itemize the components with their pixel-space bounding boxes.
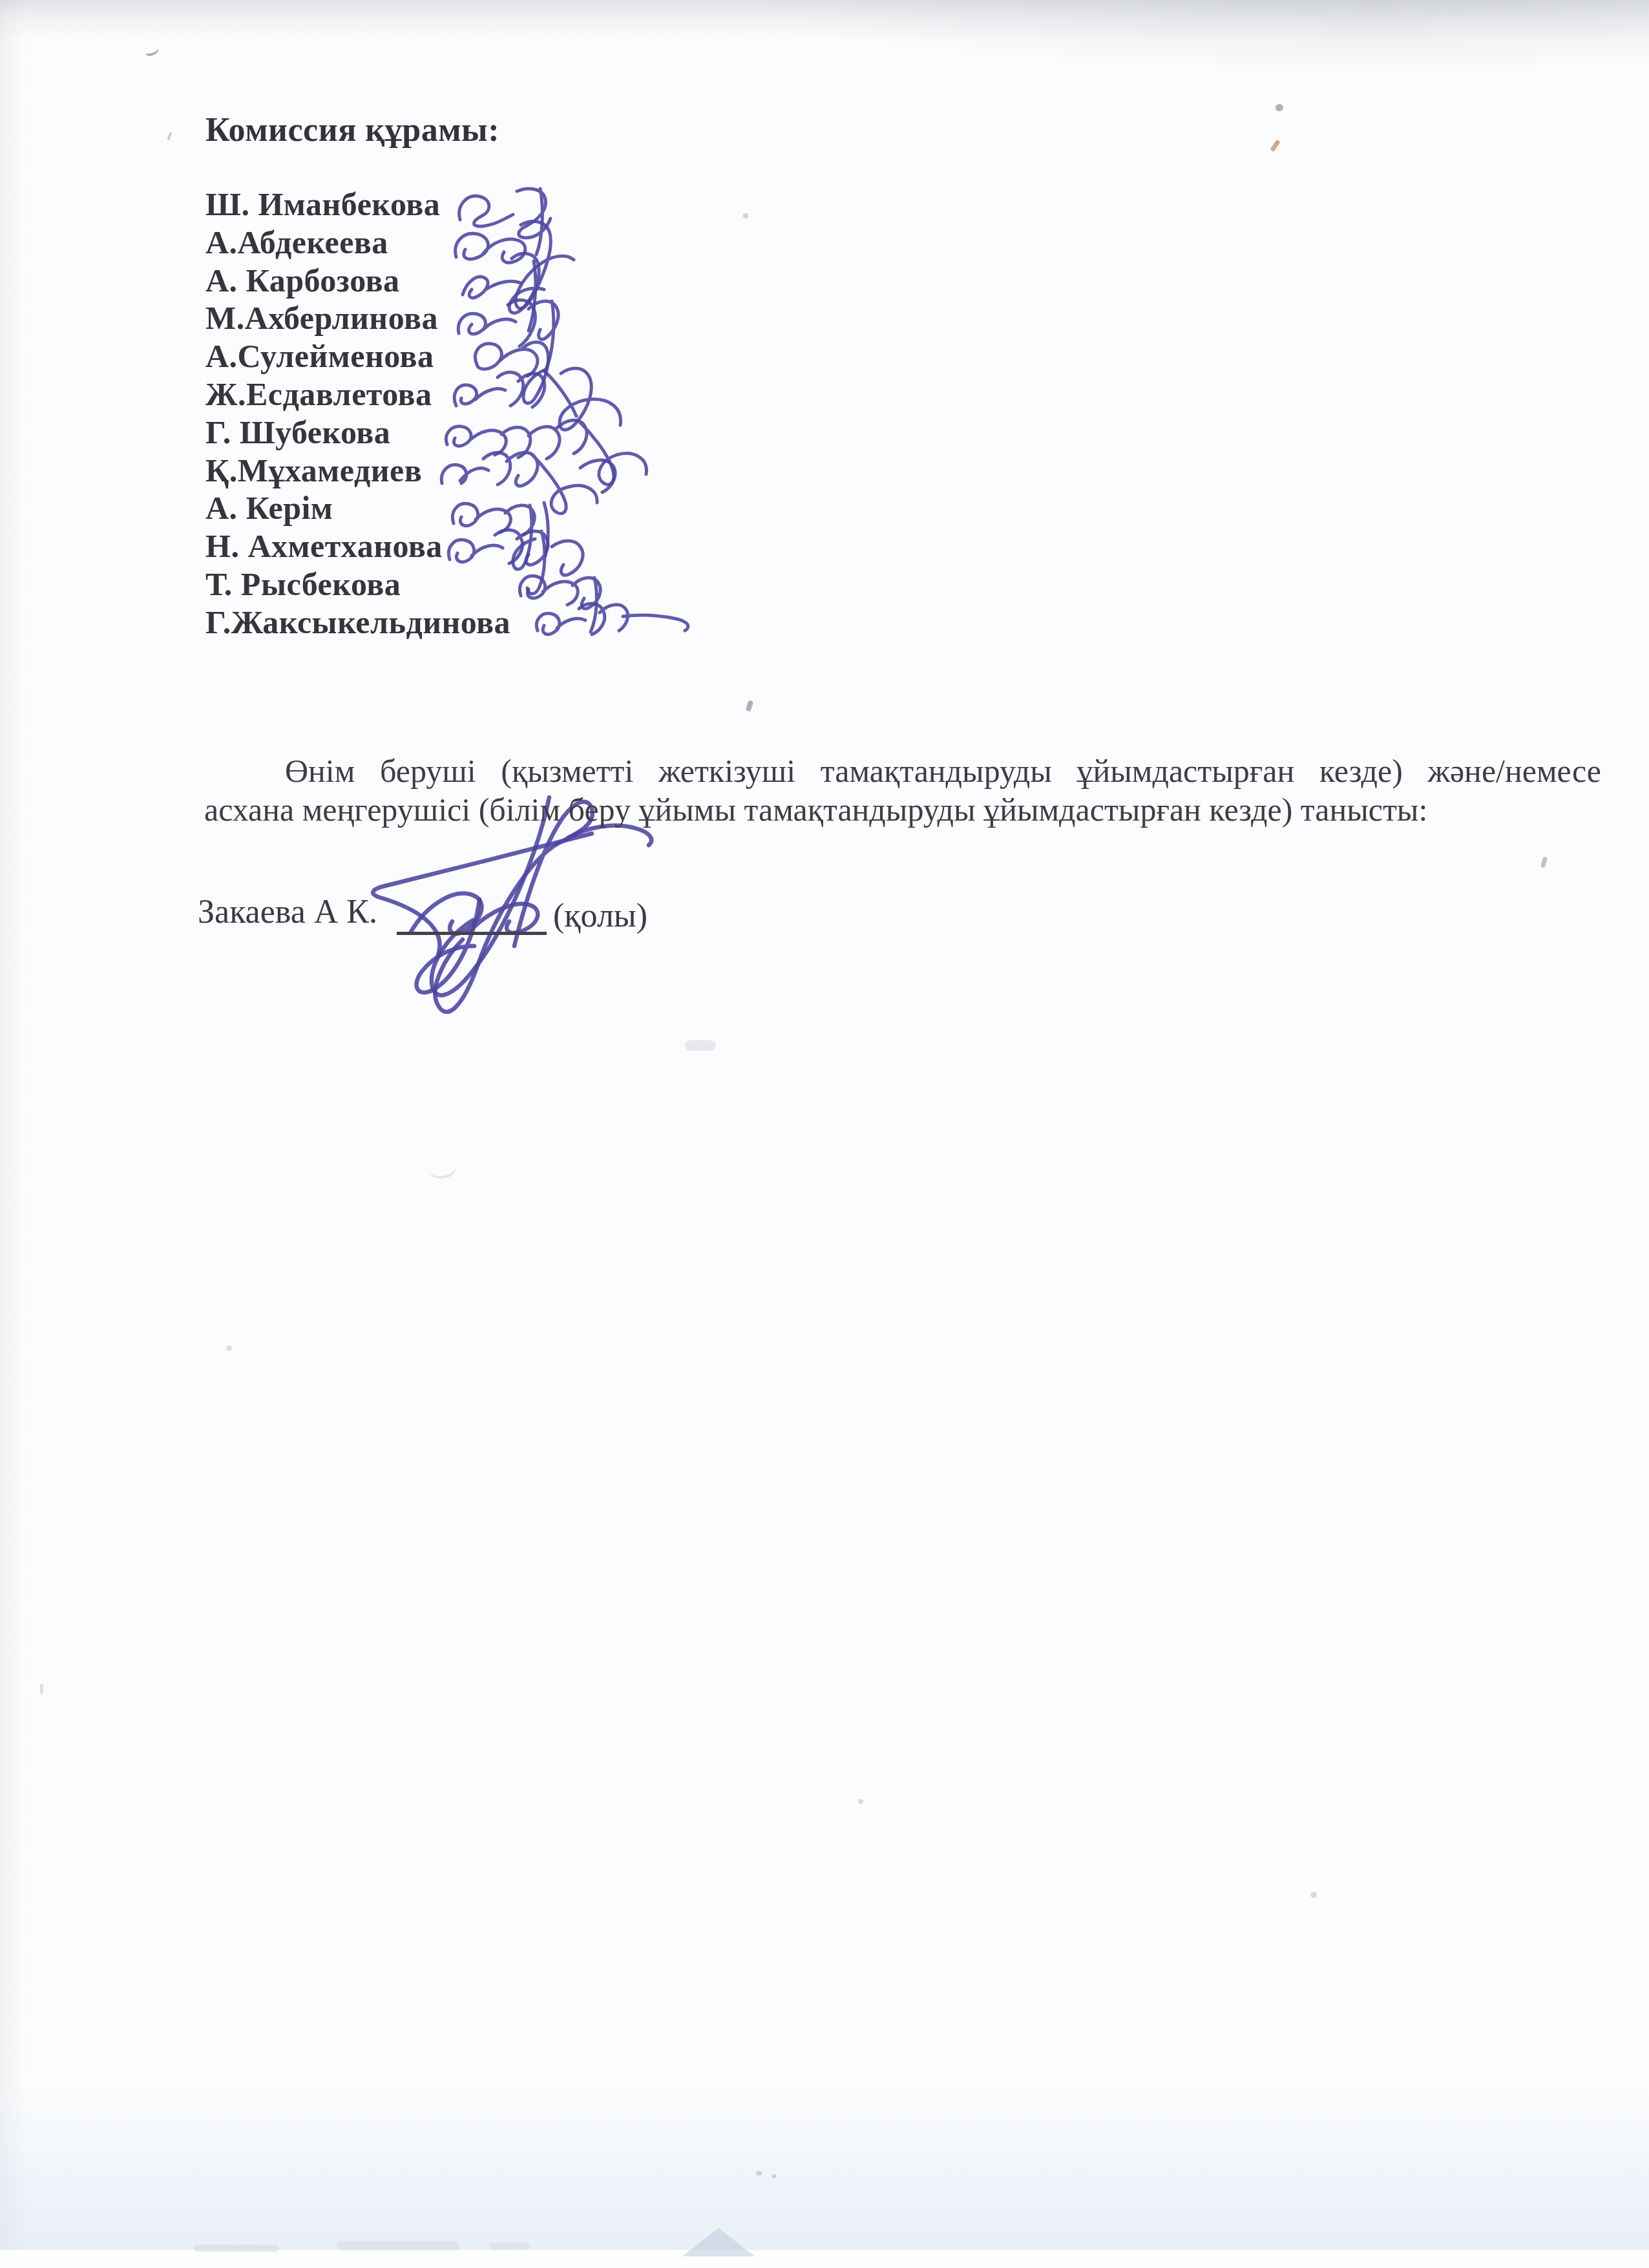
- signature-zhaksykeldinova: [536, 604, 688, 635]
- paragraph-line: асхана меңгерушісі (білім беру ұйымы там…: [204, 790, 1601, 829]
- signature-stroke: [520, 576, 600, 632]
- signature-caption: (қолы): [553, 897, 647, 935]
- signature-rysbekova: [520, 576, 600, 632]
- statement-paragraph: Өнім беруші (қызметті жеткізуші тамақтан…: [204, 751, 1601, 829]
- scan-speckle: [756, 2171, 762, 2176]
- scan-speckle: [143, 44, 160, 58]
- commission-member-name: Н. Ахметханова: [205, 527, 510, 565]
- signature-stroke: [536, 604, 688, 635]
- commission-member-name: Қ.Мұхамедиев: [205, 452, 510, 490]
- signature-line: [397, 932, 547, 935]
- commission-member-name: Ж.Есдавлетова: [205, 375, 510, 414]
- scan-speckle: [743, 213, 748, 218]
- scan-edge-bottom: [0, 2250, 1649, 2268]
- signer-name: Закаева А К.: [198, 893, 377, 931]
- scan-smudge: [336, 2241, 460, 2251]
- scanned-document-page: Комиссия құрамы: Ш. Иманбекова А.Абдекее…: [0, 0, 1649, 2268]
- commission-member-name: Г. Шубекова: [205, 414, 510, 452]
- signature-stroke: [417, 899, 479, 992]
- commission-member-name: А.Сулейменова: [205, 337, 510, 375]
- commission-member-name: А.Абдекеева: [205, 224, 510, 262]
- paragraph-line: Өнім беруші (қызметті жеткізуші тамақтан…: [204, 751, 1601, 790]
- commission-member-name: А. Карбозова: [205, 262, 510, 300]
- scan-shadow-left: [0, 0, 27, 2268]
- scan-smudge: [194, 2245, 279, 2252]
- commission-members-list: Ш. Иманбекова А.Абдекеева А. Карбозова М…: [205, 185, 510, 642]
- signature-stroke: [411, 894, 538, 934]
- scan-smudge: [685, 1040, 716, 1051]
- scan-speckle: [1310, 1892, 1317, 1898]
- document-heading: Комиссия құрамы:: [205, 111, 499, 150]
- scan-speckle: [226, 1345, 232, 1351]
- scan-speckle: [40, 1684, 43, 1694]
- commission-member-name: Ш. Иманбекова: [205, 185, 510, 224]
- commission-member-name: Г.Жаксыкельдинова: [205, 604, 510, 642]
- scan-speckle: [858, 1799, 863, 1804]
- scan-speckle: [167, 132, 178, 143]
- scan-smudge: [428, 1157, 458, 1181]
- scan-smudge: [490, 2243, 530, 2250]
- commission-member-name: Т. Рысбекова: [205, 565, 510, 604]
- scan-speckle: [1270, 140, 1280, 152]
- scan-shadow-bottom: [0, 2082, 1649, 2250]
- scan-speckle: [1276, 104, 1283, 111]
- scan-shadow-top-right: [743, 0, 1649, 71]
- signature-stroke: [373, 834, 592, 955]
- commission-member-name: А. Керім: [205, 489, 510, 527]
- scan-speckle: [746, 700, 754, 712]
- scan-shadow-triangle: [682, 2228, 755, 2256]
- scan-speckle: [772, 2174, 777, 2178]
- scan-speckle: [1540, 856, 1548, 868]
- commission-member-name: М.Ахберлинова: [205, 299, 510, 337]
